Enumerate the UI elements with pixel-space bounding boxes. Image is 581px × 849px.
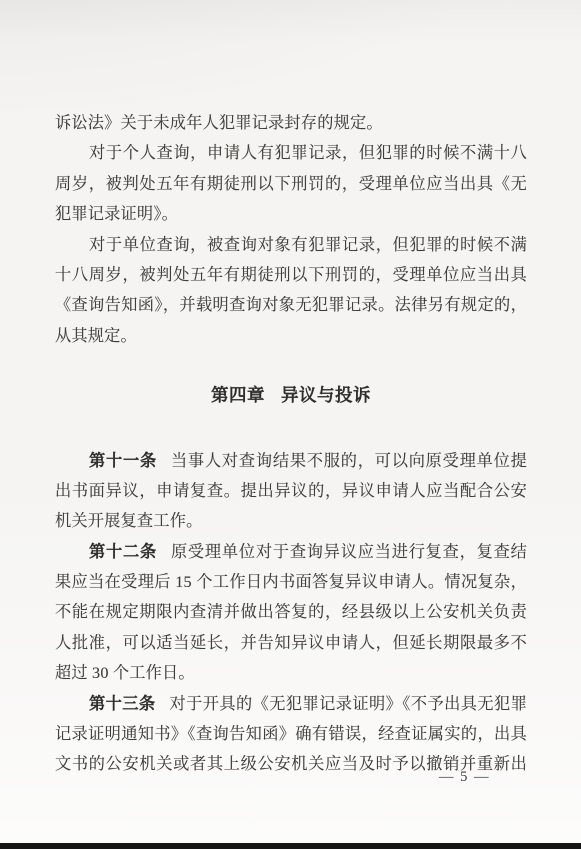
text-column: 诉讼法》关于未成年人犯罪记录封存的规定。对于个人查询，申请人有犯罪记录，但犯罪的… xyxy=(55,108,527,780)
text-line: 诉讼法》关于未成年人犯罪记录封存的规定。 xyxy=(55,108,527,138)
article-number: 第十二条 xyxy=(89,543,157,561)
text-line: 出书面异议，申请复查。提出异议的，异议申请人应当配合公安 xyxy=(55,476,527,506)
chapter-title: 异议与投诉 xyxy=(281,385,371,405)
text-line: 超过 30 个工作日。 xyxy=(55,658,527,688)
text-line: 人批准，可以适当延长，并告知异议申请人，但延长期限最多不 xyxy=(55,628,527,658)
text-line: 对于个人查询，申请人有犯罪记录，但犯罪的时候不满十八 xyxy=(55,138,527,168)
chapter-heading: 第四章异议与投诉 xyxy=(55,380,527,410)
text-line: 周岁，被判处五年有期徒刑以下刑罚的，受理单位应当出具《无 xyxy=(55,169,527,199)
text-line: 记录证明通知书》《查询告知函》确有错误，经查证属实的，出具 xyxy=(55,719,527,749)
chapter-number: 第四章 xyxy=(211,385,265,405)
text-line: 从其规定。 xyxy=(55,321,527,351)
text-line: 《查询告知函》，并载明查询对象无犯罪记录。法律另有规定的， xyxy=(55,290,527,320)
text-line: 第十二条原受理单位对于查询异议应当进行复查，复查结 xyxy=(55,537,527,567)
text-line: 不能在规定期限内查清并做出答复的，经县级以上公安机关负责 xyxy=(55,597,527,627)
text-line: 犯罪记录证明》。 xyxy=(55,199,527,229)
article-number: 第十一条 xyxy=(89,452,157,470)
text-line: 果应当在受理后 15 个工作日内书面答复异议申请人。情况复杂， xyxy=(55,567,527,597)
text-line: 第十一条当事人对查询结果不服的，可以向原受理单位提 xyxy=(55,446,527,476)
document-page: 诉讼法》关于未成年人犯罪记录封存的规定。对于个人查询，申请人有犯罪记录，但犯罪的… xyxy=(0,0,581,849)
text-line: 对于单位查询，被查询对象有犯罪记录，但犯罪的时候不满 xyxy=(55,230,527,260)
page-number: — 5 — xyxy=(439,769,490,786)
text-line: 第十三条对于开具的《无犯罪记录证明》《不予出具无犯罪 xyxy=(55,689,527,719)
text-line: 十八周岁，被判处五年有期徒刑以下刑罚的，受理单位应当出具 xyxy=(55,260,527,290)
article-number: 第十三条 xyxy=(89,695,156,713)
scan-bottom-edge xyxy=(0,843,581,849)
text-line: 机关开展复查工作。 xyxy=(55,506,527,536)
